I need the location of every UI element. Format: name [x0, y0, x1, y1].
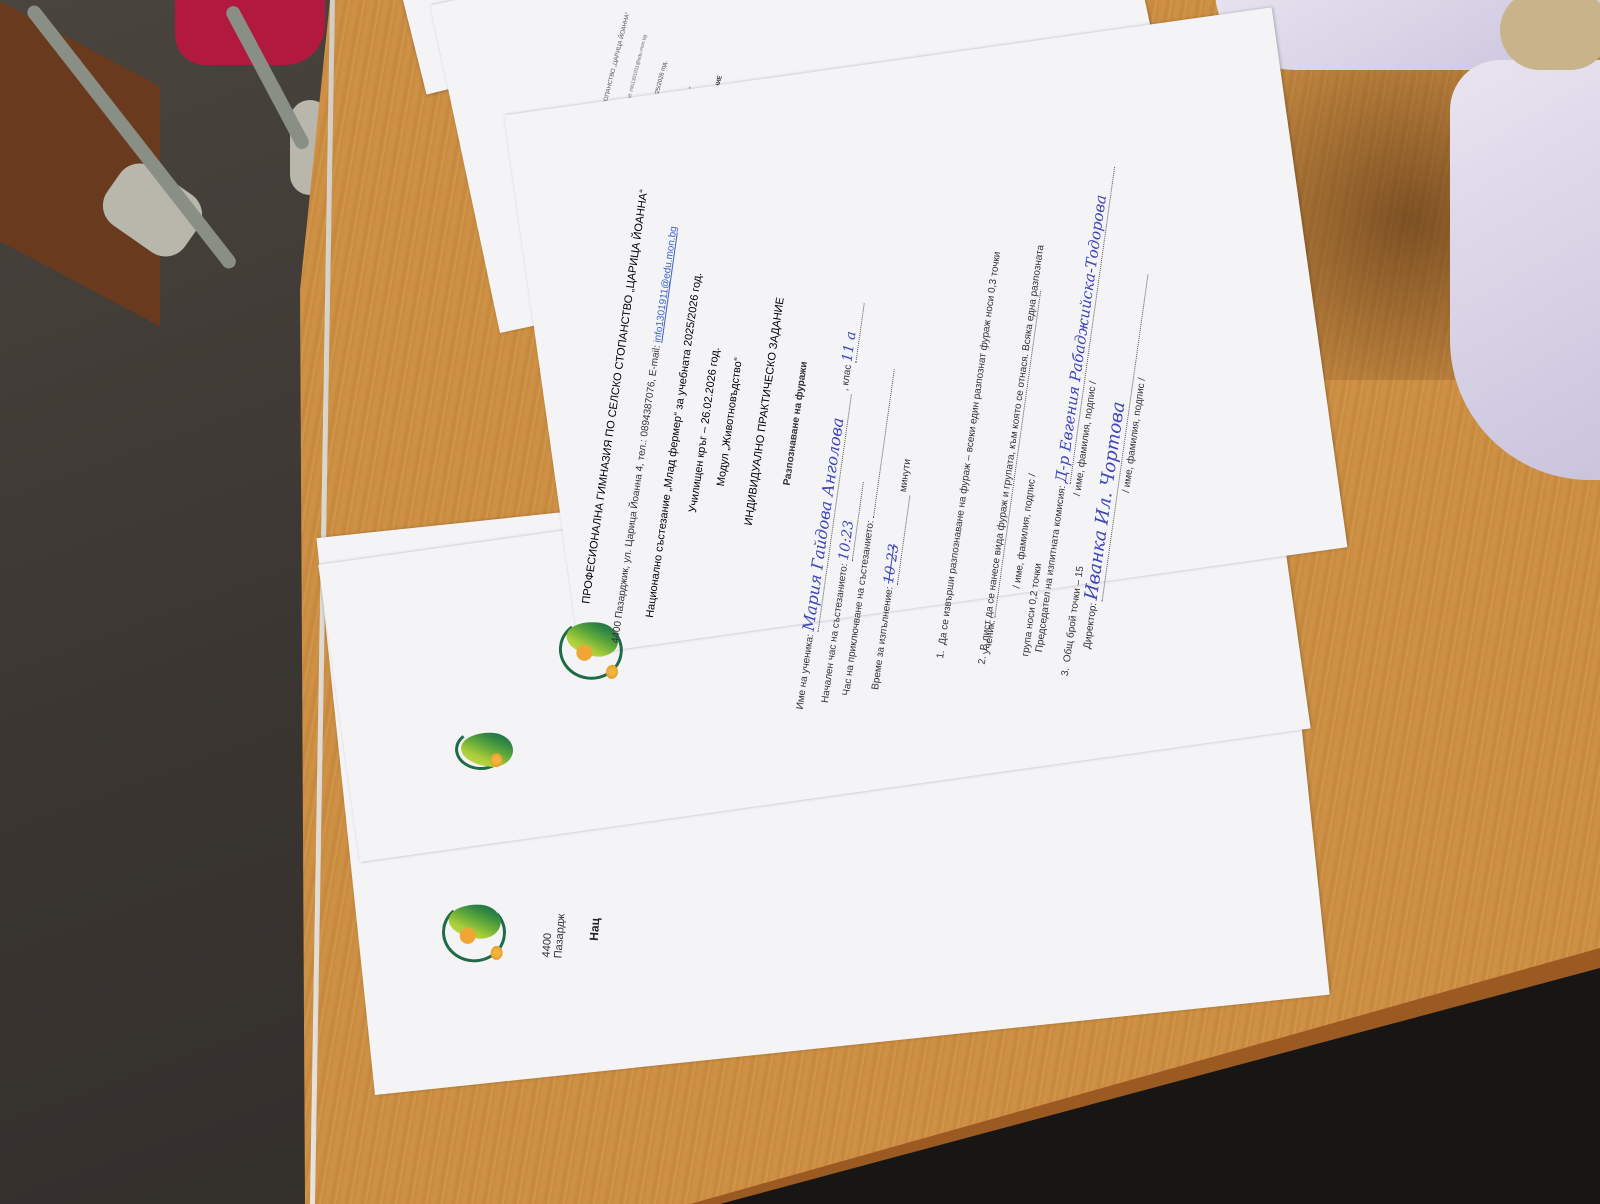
main-sheet-content: ПРОФЕСИОНАЛНА ГИМНАЗИЯ ПО СЕЛСКО СТОПАНС… [555, 0, 1218, 753]
email-link[interactable]: info1301911@edu.mon.bg [652, 226, 679, 344]
school-logo [440, 900, 508, 964]
duration-value: 10 23 [881, 493, 910, 584]
photo-scene: ПРОФЕСИОНАЛНА ГИМНАЗИЯ ПО СЕЛСКО СТОПАНС… [0, 0, 1600, 1204]
module: Модул „Животновъдство“ [715, 357, 745, 487]
address-fragment: 4400 Пазардж [540, 912, 567, 958]
end-time-value [873, 369, 895, 518]
task-type: ИНДИВИДУАЛНО ПРАКТИЧЕСКО ЗАДАНИЕ [743, 297, 787, 527]
start-time-value: 10:23 [836, 480, 864, 562]
school-logo [454, 728, 507, 771]
competition-fragment: Нац [587, 918, 603, 942]
hand [1500, 0, 1600, 70]
round: Училищен кръг – 26.02.2026 год. [687, 347, 722, 514]
director-label: Директор: [1082, 602, 1099, 649]
duration-unit: минути [898, 458, 914, 492]
class-value: 11 а [840, 301, 865, 363]
duration-label: Време за изпълнение: [870, 586, 895, 691]
sleeve [1450, 60, 1600, 480]
class-label: , клас [839, 364, 854, 392]
student-name-label: Име на ученика: [795, 633, 816, 710]
task-title: Разпознаване на фуражи [782, 361, 810, 486]
